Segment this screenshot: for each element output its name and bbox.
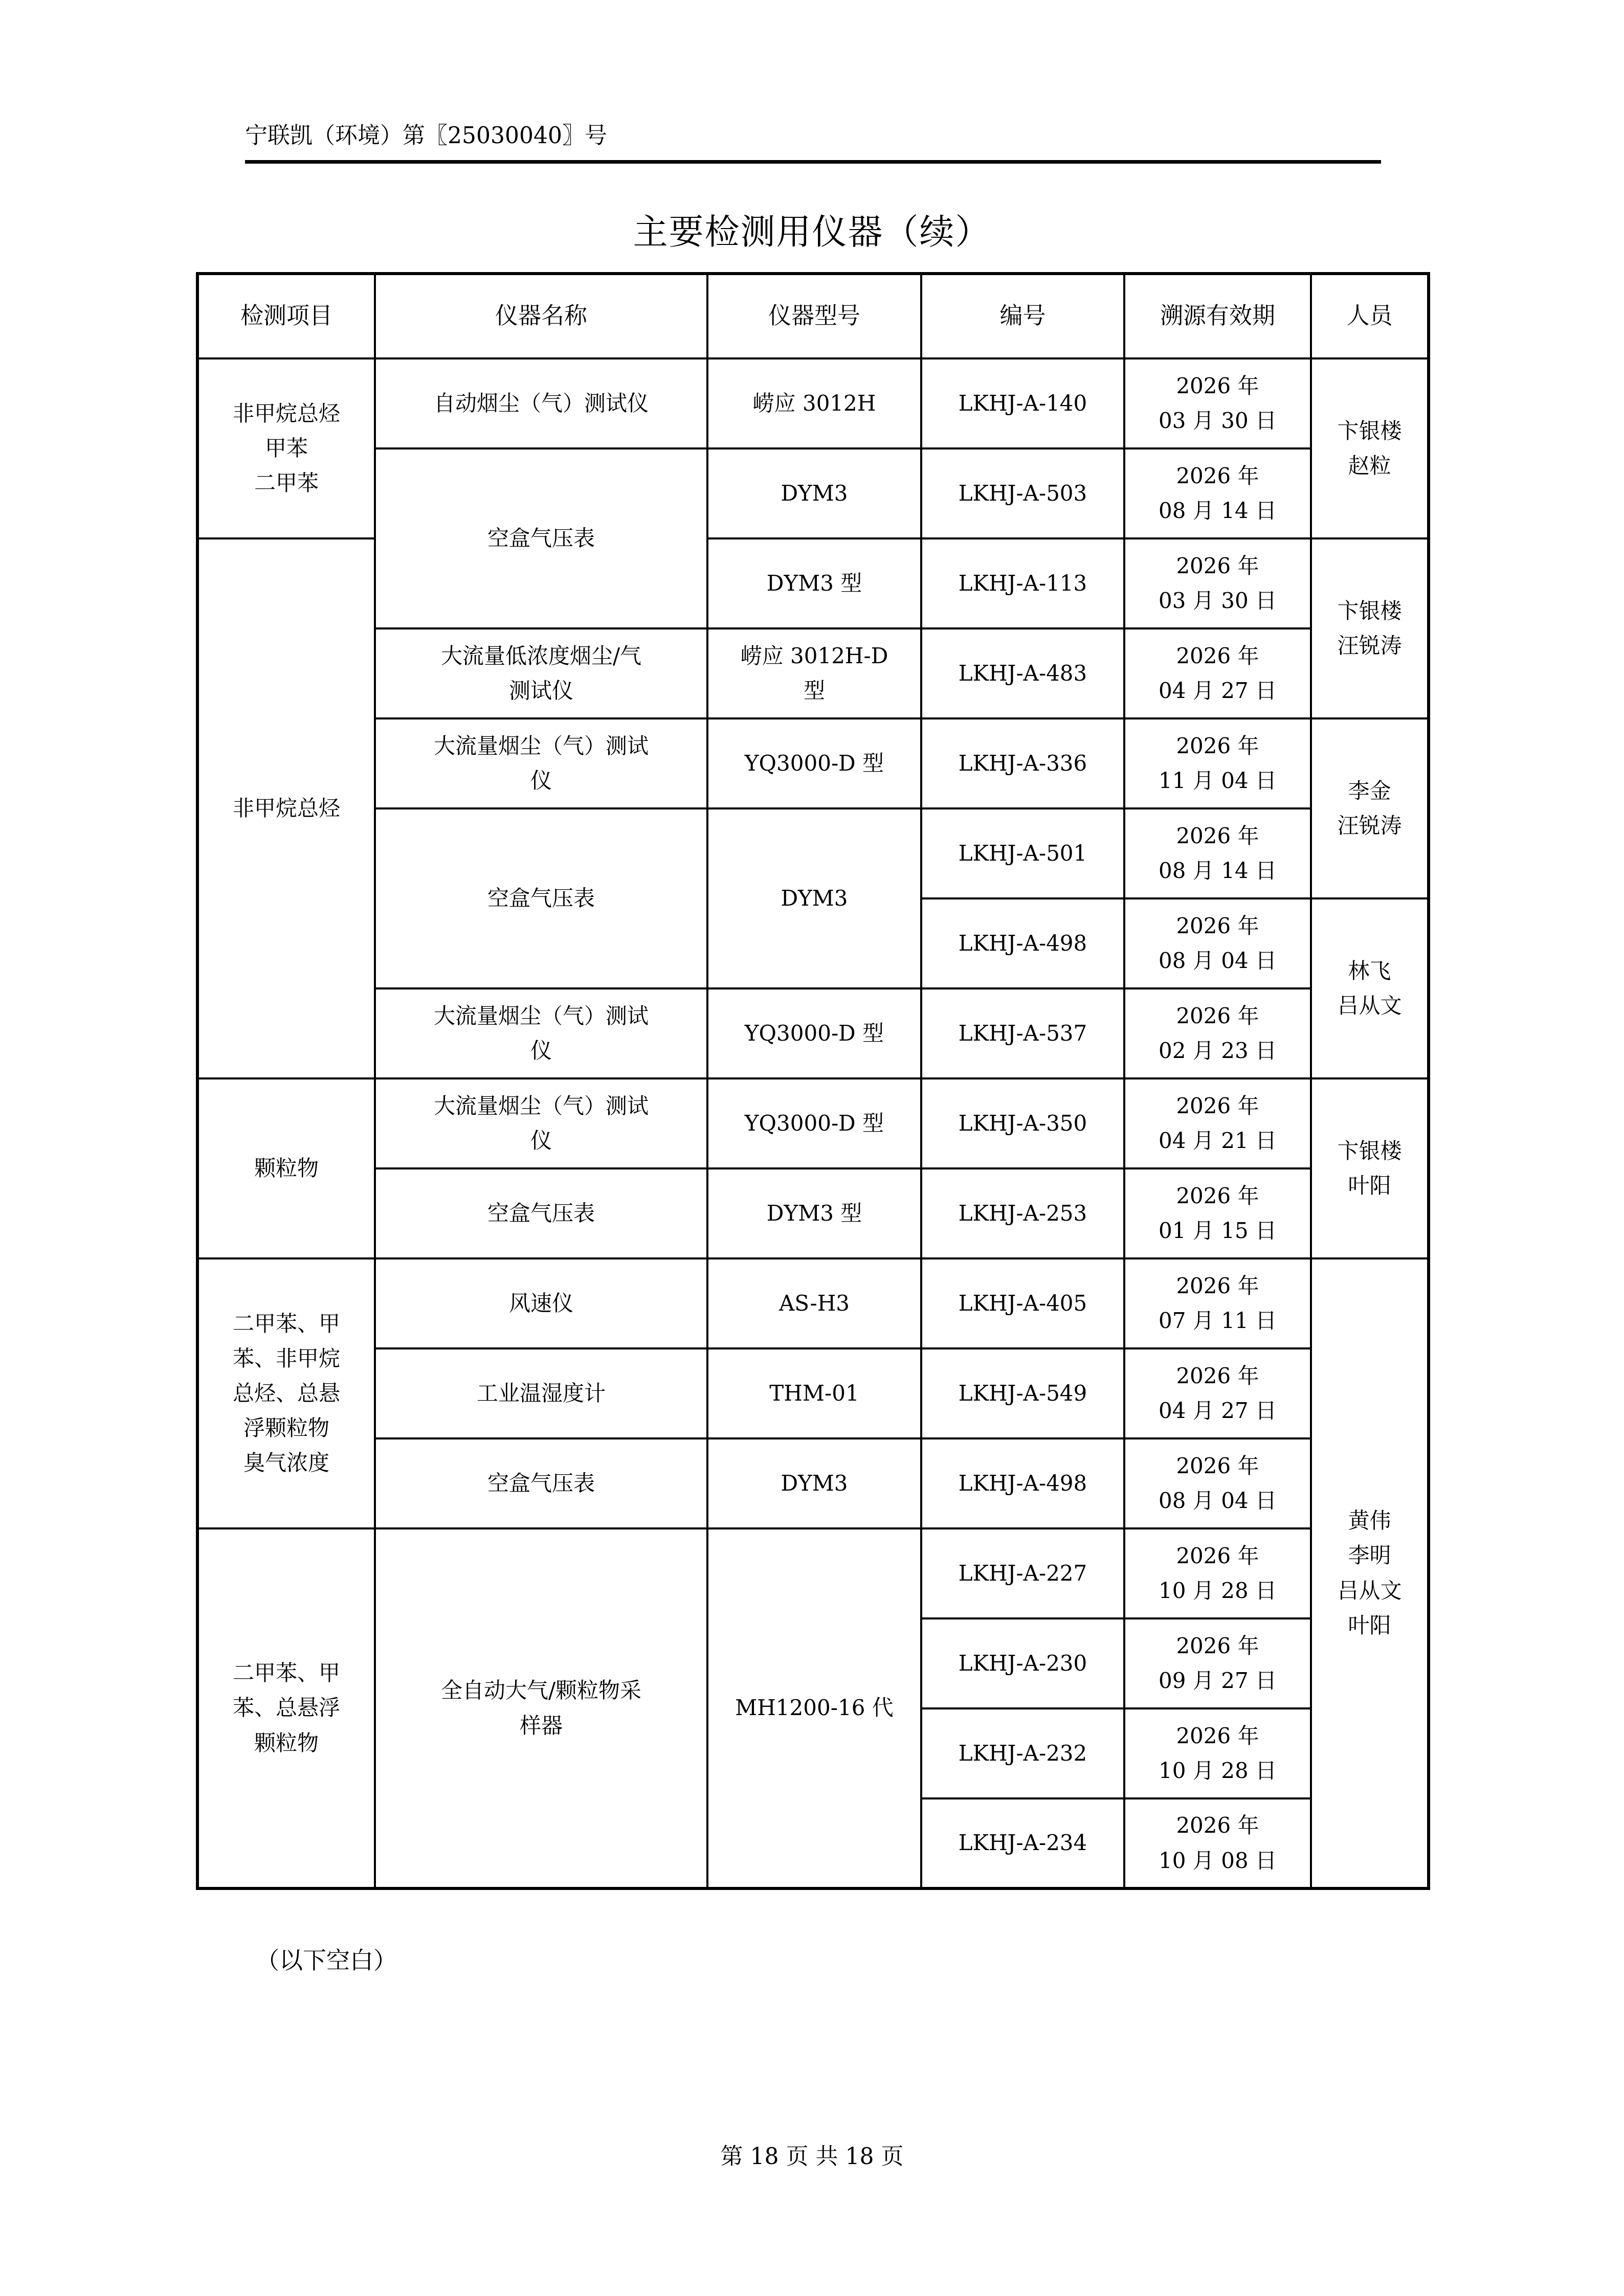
validity-date-cell: 2026 年 04 月 27 日: [1124, 1348, 1311, 1438]
table-row: 大流量烟尘（气）测试 仪 YQ3000-D 型 LKHJ-A-336 2026 …: [197, 718, 1429, 808]
header-personnel: 人员: [1311, 274, 1429, 358]
serial-number-cell: LKHJ-A-232: [921, 1708, 1124, 1798]
instrument-model-cell: YQ3000-D 型: [707, 718, 921, 808]
instrument-model-cell: THM-01: [707, 1348, 921, 1438]
instrument-name-cell: 自动烟尘（气）测试仪: [375, 358, 707, 448]
serial-number-cell: LKHJ-A-503: [921, 448, 1124, 538]
table-row: 大流量低浓度烟尘/气 测试仪 崂应 3012H-D 型 LKHJ-A-483 2…: [197, 628, 1429, 718]
serial-number-cell: LKHJ-A-483: [921, 628, 1124, 718]
instrument-model-cell: DYM3 型: [707, 1168, 921, 1258]
instrument-name-cell: 大流量烟尘（气）测试 仪: [375, 718, 707, 808]
validity-date-cell: 2026 年 04 月 21 日: [1124, 1078, 1311, 1168]
test-item-cell: 非甲烷总烃: [197, 538, 375, 1078]
validity-date-cell: 2026 年 10 月 28 日: [1124, 1528, 1311, 1618]
validity-date-cell: 2026 年 09 月 27 日: [1124, 1618, 1311, 1708]
table-header-row: 检测项目 仪器名称 仪器型号 编号 溯源有效期 人员: [197, 274, 1429, 358]
header-instrument-model: 仪器型号: [707, 274, 921, 358]
validity-date-cell: 2026 年 08 月 14 日: [1124, 808, 1311, 898]
personnel-cell: 李金 汪锐涛: [1311, 718, 1429, 898]
table-row: 工业温湿度计 THM-01 LKHJ-A-549 2026 年 04 月 27 …: [197, 1348, 1429, 1438]
validity-date-cell: 2026 年 03 月 30 日: [1124, 358, 1311, 448]
validity-date-cell: 2026 年 08 月 04 日: [1124, 898, 1311, 988]
validity-date-cell: 2026 年 08 月 14 日: [1124, 448, 1311, 538]
instrument-name-cell: 空盒气压表: [375, 808, 707, 988]
instrument-name-cell: 全自动大气/颗粒物采 样器: [375, 1528, 707, 1888]
serial-number-cell: LKHJ-A-230: [921, 1618, 1124, 1708]
header-instrument-name: 仪器名称: [375, 274, 707, 358]
serial-number-cell: LKHJ-A-405: [921, 1258, 1124, 1348]
validity-date-cell: 2026 年 10 月 08 日: [1124, 1798, 1311, 1888]
doc-number: 宁联凯（环境）第〖25030040〗号: [245, 123, 607, 150]
personnel-cell: 林飞 吕从文: [1311, 898, 1429, 1078]
instrument-model-cell: DYM3: [707, 808, 921, 988]
test-item-cell: 颗粒物: [197, 1078, 375, 1258]
instrument-name-cell: 大流量烟尘（气）测试 仪: [375, 1078, 707, 1168]
validity-date-cell: 2026 年 02 月 23 日: [1124, 988, 1311, 1078]
instrument-name-cell: 工业温湿度计: [375, 1348, 707, 1438]
table-row: 空盒气压表 DYM3 LKHJ-A-503 2026 年 08 月 14 日: [197, 448, 1429, 538]
instrument-name-cell: 空盒气压表: [375, 1168, 707, 1258]
validity-date-cell: 2026 年 07 月 11 日: [1124, 1258, 1311, 1348]
table-row: 空盒气压表 DYM3 LKHJ-A-501 2026 年 08 月 14 日: [197, 808, 1429, 898]
instrument-model-cell: MH1200-16 代: [707, 1528, 921, 1888]
instrument-name-cell: 大流量低浓度烟尘/气 测试仪: [375, 628, 707, 718]
instrument-model-cell: YQ3000-D 型: [707, 1078, 921, 1168]
instrument-model-cell: DYM3: [707, 1438, 921, 1528]
validity-date-cell: 2026 年 08 月 04 日: [1124, 1438, 1311, 1528]
instruments-table: 检测项目 仪器名称 仪器型号 编号 溯源有效期 人员 非甲烷总烃 甲苯 二甲苯 …: [196, 272, 1430, 1890]
instrument-model-cell: DYM3 型: [707, 538, 921, 628]
instrument-model-cell: 崂应 3012H: [707, 358, 921, 448]
table-row: 大流量烟尘（气）测试 仪 YQ3000-D 型 LKHJ-A-537 2026 …: [197, 988, 1429, 1078]
table-row: 二甲苯、甲 苯、总悬浮 颗粒物 全自动大气/颗粒物采 样器 MH1200-16 …: [197, 1528, 1429, 1618]
page-title: 主要检测用仪器（续）: [0, 214, 1624, 252]
validity-date-cell: 2026 年 10 月 28 日: [1124, 1708, 1311, 1798]
instrument-name-cell: 风速仪: [375, 1258, 707, 1348]
serial-number-cell: LKHJ-A-234: [921, 1798, 1124, 1888]
instrument-model-cell: YQ3000-D 型: [707, 988, 921, 1078]
table-row: 颗粒物 大流量烟尘（气）测试 仪 YQ3000-D 型 LKHJ-A-350 2…: [197, 1078, 1429, 1168]
table-row: 空盒气压表 DYM3 型 LKHJ-A-253 2026 年 01 月 15 日: [197, 1168, 1429, 1258]
serial-number-cell: LKHJ-A-498: [921, 1438, 1124, 1528]
serial-number-cell: LKHJ-A-336: [921, 718, 1124, 808]
document-page: 宁联凯（环境）第〖25030040〗号 主要检测用仪器（续） 检测项目 仪器名称…: [0, 0, 1624, 2296]
table-row: 非甲烷总烃 甲苯 二甲苯 自动烟尘（气）测试仪 崂应 3012H LKHJ-A-…: [197, 358, 1429, 448]
header-serial-number: 编号: [921, 274, 1124, 358]
personnel-cell: 卞银楼 叶阳: [1311, 1078, 1429, 1258]
personnel-cell: 卞银楼 汪锐涛: [1311, 538, 1429, 718]
serial-number-cell: LKHJ-A-549: [921, 1348, 1124, 1438]
instrument-name-cell: 大流量烟尘（气）测试 仪: [375, 988, 707, 1078]
personnel-cell: 黄伟 李明 吕从文 叶阳: [1311, 1258, 1429, 1888]
test-item-cell: 二甲苯、甲 苯、非甲烷 总烃、总悬 浮颗粒物 臭气浓度: [197, 1258, 375, 1528]
serial-number-cell: LKHJ-A-253: [921, 1168, 1124, 1258]
serial-number-cell: LKHJ-A-350: [921, 1078, 1124, 1168]
page-footer: 第 18 页 共 18 页: [0, 2144, 1624, 2171]
personnel-cell: 卞银楼 赵粒: [1311, 358, 1429, 538]
header-validity-date: 溯源有效期: [1124, 274, 1311, 358]
validity-date-cell: 2026 年 01 月 15 日: [1124, 1168, 1311, 1258]
serial-number-cell: LKHJ-A-227: [921, 1528, 1124, 1618]
instrument-name-cell: 空盒气压表: [375, 448, 707, 628]
test-item-cell: 二甲苯、甲 苯、总悬浮 颗粒物: [197, 1528, 375, 1888]
serial-number-cell: LKHJ-A-498: [921, 898, 1124, 988]
instrument-model-cell: DYM3: [707, 448, 921, 538]
instrument-name-cell: 空盒气压表: [375, 1438, 707, 1528]
test-item-cell: 非甲烷总烃 甲苯 二甲苯: [197, 358, 375, 538]
instrument-model-cell: AS-H3: [707, 1258, 921, 1348]
header-test-item: 检测项目: [197, 274, 375, 358]
serial-number-cell: LKHJ-A-537: [921, 988, 1124, 1078]
table-row: 二甲苯、甲 苯、非甲烷 总烃、总悬 浮颗粒物 臭气浓度 风速仪 AS-H3 LK…: [197, 1258, 1429, 1348]
table-row: 空盒气压表 DYM3 LKHJ-A-498 2026 年 08 月 04 日: [197, 1438, 1429, 1528]
serial-number-cell: LKHJ-A-140: [921, 358, 1124, 448]
validity-date-cell: 2026 年 03 月 30 日: [1124, 538, 1311, 628]
serial-number-cell: LKHJ-A-113: [921, 538, 1124, 628]
serial-number-cell: LKHJ-A-501: [921, 808, 1124, 898]
header-rule: [245, 160, 1381, 164]
instruments-table-wrap: 检测项目 仪器名称 仪器型号 编号 溯源有效期 人员 非甲烷总烃 甲苯 二甲苯 …: [196, 272, 1427, 1890]
validity-date-cell: 2026 年 04 月 27 日: [1124, 628, 1311, 718]
validity-date-cell: 2026 年 11 月 04 日: [1124, 718, 1311, 808]
blank-note: （以下空白）: [256, 1946, 397, 1974]
instrument-model-cell: 崂应 3012H-D 型: [707, 628, 921, 718]
